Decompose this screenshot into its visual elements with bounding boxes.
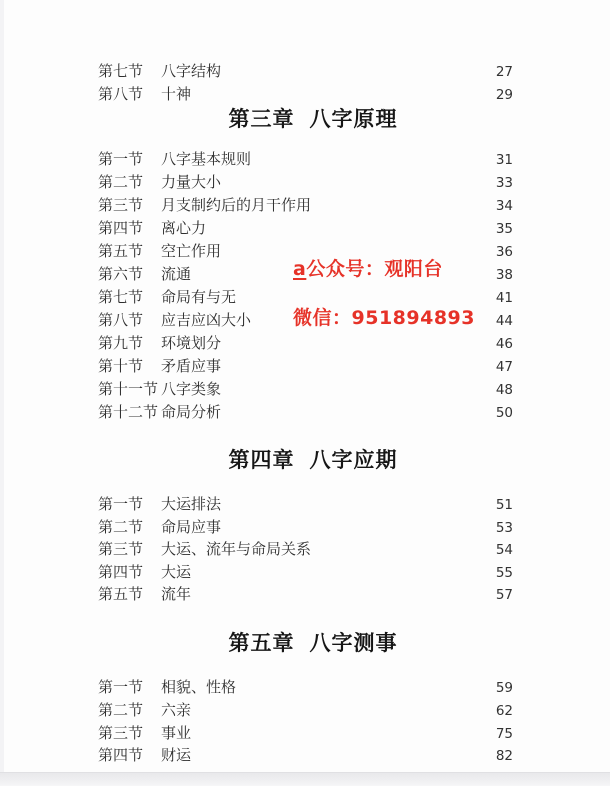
toc-row: 第二节六亲62 [0, 702, 610, 720]
section-title: 命局有与无 [161, 289, 236, 306]
section-label: 第十一节 [98, 381, 158, 398]
section-title: 月支制约后的月干作用 [161, 197, 311, 214]
section-title: 空亡作用 [161, 243, 221, 260]
section-label: 第四节 [98, 747, 143, 764]
page-number: 34 [496, 198, 513, 215]
page-number: 31 [496, 152, 513, 169]
section-title: 十神 [161, 86, 191, 103]
toc-row: 第七节命局有与无41 [0, 289, 610, 307]
section-label: 第九节 [98, 335, 143, 352]
watermark-gongzhonghao: a公众号：观阳台 [293, 257, 443, 281]
toc-row: 第五节流年57 [0, 586, 610, 604]
toc-row: 第九节环境划分46 [0, 335, 610, 353]
chapter-heading: 第四章八字应期 [0, 449, 610, 472]
section-title: 流年 [161, 586, 191, 603]
watermark-line1-text: 公众号：观阳台 [306, 258, 443, 280]
page-number: 33 [496, 175, 513, 192]
toc-row: 第三节大运、流年与命局关系54 [0, 541, 610, 559]
section-label: 第三节 [98, 541, 143, 558]
section-label: 第五节 [98, 586, 143, 603]
page-number: 51 [496, 497, 513, 514]
section-title: 财运 [161, 747, 191, 764]
section-label: 第三节 [98, 197, 143, 214]
section-label: 第六节 [98, 266, 143, 283]
section-label: 第一节 [98, 151, 143, 168]
toc-row: 第一节大运排法51 [0, 496, 610, 514]
page-number: 35 [496, 221, 513, 238]
section-label: 第二节 [98, 702, 143, 719]
toc-row: 第一节相貌、性格59 [0, 679, 610, 697]
page-number: 27 [496, 64, 513, 81]
toc-row: 第十节矛盾应事47 [0, 358, 610, 376]
toc-row: 第二节力量大小33 [0, 174, 610, 192]
section-title: 大运 [161, 564, 191, 581]
section-title: 命局分析 [161, 404, 221, 421]
section-label: 第四节 [98, 220, 143, 237]
toc-row: 第八节十神29 [0, 86, 610, 104]
section-label: 第七节 [98, 63, 143, 80]
toc-row: 第一节八字基本规则31 [0, 151, 610, 169]
watermark-weixin: 微信：951894893 [293, 306, 475, 330]
toc-row: 第四节离心力35 [0, 220, 610, 238]
section-label: 第十二节 [98, 404, 158, 421]
section-label: 第一节 [98, 496, 143, 513]
section-title: 命局应事 [161, 519, 221, 536]
page-number: 62 [496, 703, 513, 720]
toc-row: 第十一节八字类象48 [0, 381, 610, 399]
page-number: 57 [496, 587, 513, 604]
section-title: 环境划分 [161, 335, 221, 352]
page-number: 36 [496, 244, 513, 261]
section-label: 第八节 [98, 86, 143, 103]
watermark-underlined-prefix: a [293, 258, 306, 280]
page-number: 38 [496, 267, 513, 284]
page-number: 48 [496, 382, 513, 399]
section-label: 第五节 [98, 243, 143, 260]
chapter-number: 第三章 [229, 107, 295, 131]
section-title: 八字类象 [161, 381, 221, 398]
toc-row: 第四节大运55 [0, 564, 610, 582]
chapter-number: 第五章 [229, 631, 295, 655]
section-title: 矛盾应事 [161, 358, 221, 375]
chapter-title: 八字应期 [310, 448, 398, 472]
toc-row: 第二节命局应事53 [0, 519, 610, 537]
toc-row: 第四节财运82 [0, 747, 610, 765]
page-number: 54 [496, 542, 513, 559]
page-number: 55 [496, 565, 513, 582]
chapter-heading: 第三章八字原理 [0, 108, 610, 131]
section-title: 事业 [161, 725, 191, 742]
toc-row: 第十二节命局分析50 [0, 404, 610, 422]
section-title: 相貌、性格 [161, 679, 236, 696]
page-number: 41 [496, 290, 513, 307]
section-title: 大运、流年与命局关系 [161, 541, 311, 558]
section-title: 力量大小 [161, 174, 221, 191]
page-number: 59 [496, 680, 513, 697]
section-label: 第一节 [98, 679, 143, 696]
watermark-line2-text: 微信：951894893 [293, 307, 475, 329]
section-label: 第七节 [98, 289, 143, 306]
section-label: 第三节 [98, 725, 143, 742]
chapter-number: 第四章 [229, 448, 295, 472]
chapter-title: 八字原理 [310, 107, 398, 131]
section-label: 第八节 [98, 312, 143, 329]
page-number: 50 [496, 405, 513, 422]
section-label: 第四节 [98, 564, 143, 581]
toc-page: 第三章八字原理 第四章八字应期 第五章八字测事 第七节八字结构27第八节十神29… [0, 0, 610, 786]
page-number: 29 [496, 87, 513, 104]
section-title: 八字结构 [161, 63, 221, 80]
page-number: 44 [496, 313, 513, 330]
page-number: 82 [496, 748, 513, 765]
section-title: 离心力 [161, 220, 206, 237]
section-title: 应吉应凶大小 [161, 312, 251, 329]
section-label: 第二节 [98, 519, 143, 536]
chapter-title: 八字测事 [310, 631, 398, 655]
page-number: 47 [496, 359, 513, 376]
page-number: 75 [496, 726, 513, 743]
toc-row: 第三节月支制约后的月干作用34 [0, 197, 610, 215]
section-label: 第十节 [98, 358, 143, 375]
toc-row: 第七节八字结构27 [0, 63, 610, 81]
section-title: 流通 [161, 266, 191, 283]
page-number: 53 [496, 520, 513, 537]
page-bottom-edge [0, 772, 610, 786]
section-title: 大运排法 [161, 496, 221, 513]
toc-row: 第三节事业75 [0, 725, 610, 743]
section-label: 第二节 [98, 174, 143, 191]
page-number: 46 [496, 336, 513, 353]
chapter-heading: 第五章八字测事 [0, 632, 610, 655]
section-title: 八字基本规则 [161, 151, 251, 168]
section-title: 六亲 [161, 702, 191, 719]
